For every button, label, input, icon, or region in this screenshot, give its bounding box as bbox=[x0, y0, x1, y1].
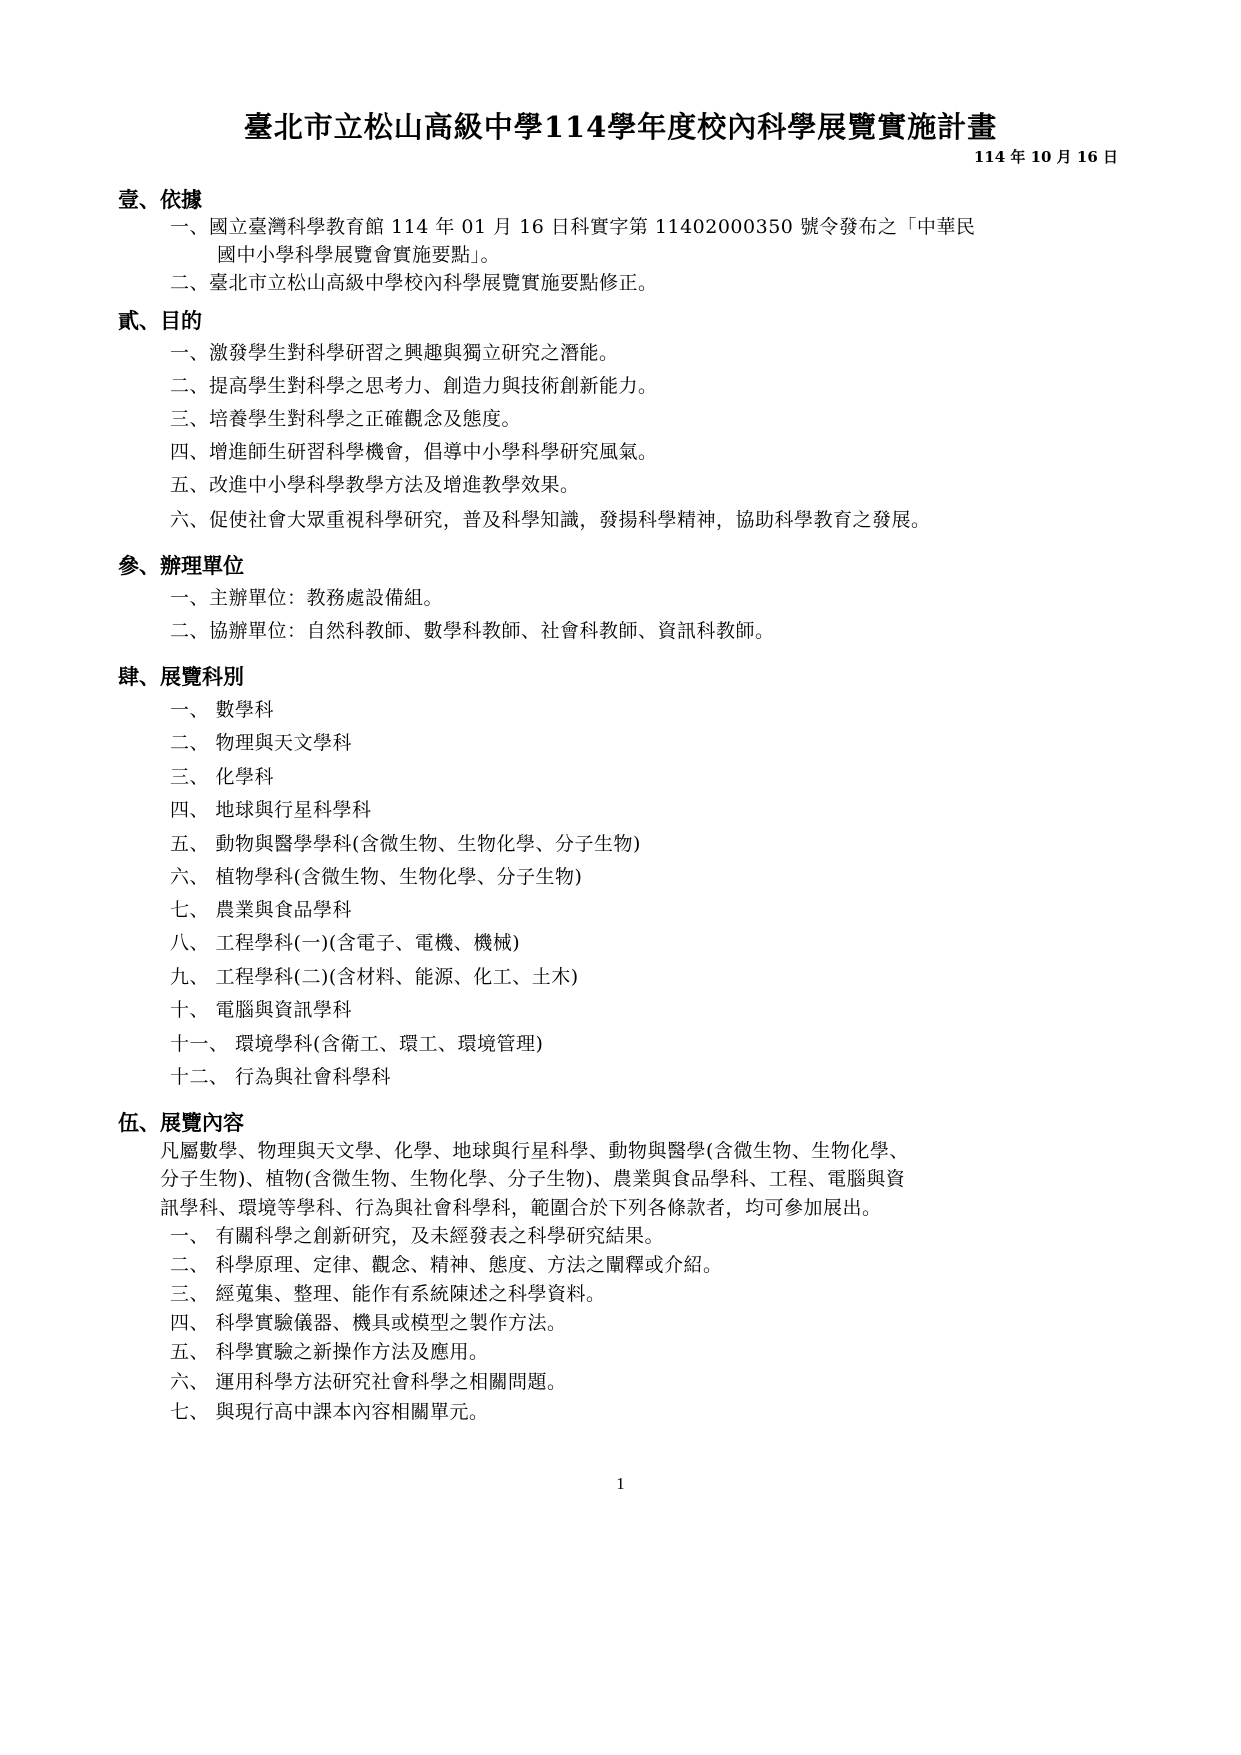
category-item-6: 六、 植物學科(含微生物、生物化學、分子生物) bbox=[170, 868, 582, 887]
purpose-item-3: 三、培養學生對科學之正確觀念及態度。 bbox=[170, 410, 521, 429]
basis-item-2: 二、臺北市立松山高級中學校內科學展覽實施要點修正。 bbox=[170, 274, 658, 293]
basis-item-1-cont: 國中小學科學展覽會實施要點」。 bbox=[217, 246, 500, 265]
purpose-item-6: 六、促使社會大眾重視科學研究，普及科學知識，發揚科學精神，協助科學教育之發展。 bbox=[170, 511, 931, 530]
category-item-7: 七、 農業與食品學科 bbox=[170, 901, 352, 920]
category-item-10: 十、 電腦與資訊學科 bbox=[170, 1001, 352, 1020]
category-item-11: 十一、 環境學科(含衛工、環工、環境管理) bbox=[170, 1035, 543, 1054]
category-item-9: 九、 工程學科(二)(含材料、能源、化工、土木) bbox=[170, 968, 579, 987]
category-item-5: 五、 動物與醫學學科(含微生物、生物化學、分子生物) bbox=[170, 835, 641, 854]
basis-item-1: 一、國立臺灣科學教育館 114 年 01 月 16 日科實字第 11402000… bbox=[170, 218, 975, 237]
organizers-item-2: 二、協辦單位：自然科教師、數學科教師、社會科教師、資訊科教師。 bbox=[170, 622, 775, 641]
organizers-item-1: 一、主辦單位：教務處設備組。 bbox=[170, 589, 443, 608]
content-item-6: 六、 運用科學方法研究社會科學之相關問題。 bbox=[170, 1373, 567, 1392]
document-title: 臺北市立松山高級中學114學年度校內科學展覽實施計畫 bbox=[0, 113, 1241, 142]
purpose-item-2: 二、提高學生對科學之思考力、創造力與技術創新能力。 bbox=[170, 377, 658, 396]
content-item-5: 五、 科學實驗之新操作方法及應用。 bbox=[170, 1343, 489, 1362]
section-heading-content: 伍、展覽內容 bbox=[118, 1112, 244, 1133]
section-heading-categories: 肆、展覽科別 bbox=[118, 666, 244, 687]
category-item-4: 四、 地球與行星科學科 bbox=[170, 801, 372, 820]
page-number: 1 bbox=[0, 1475, 1241, 1492]
content-item-3: 三、 經蒐集、整理、能作有系統陳述之科學資料。 bbox=[170, 1285, 606, 1304]
content-paragraph-line-1: 凡屬數學、物理與天文學、化學、地球與行星科學、動物與醫學(含微生物、生物化學、 bbox=[160, 1142, 909, 1161]
content-paragraph-line-2: 分子生物)、植物(含微生物、生物化學、分子生物)、農業與食品學科、工程、電腦與資 bbox=[160, 1170, 905, 1189]
category-item-1: 一、 數學科 bbox=[170, 701, 274, 720]
content-item-1: 一、 有關科學之創新研究，及未經發表之科學研究結果。 bbox=[170, 1227, 664, 1246]
purpose-item-4: 四、增進師生研習科學機會，倡導中小學科學研究風氣。 bbox=[170, 443, 658, 462]
purpose-item-5: 五、改進中小學科學教學方法及增進教學效果。 bbox=[170, 476, 580, 495]
section-heading-purpose: 貳、目的 bbox=[118, 310, 202, 331]
document-date: 114 年 10 月 16 日 bbox=[974, 150, 1118, 165]
category-item-3: 三、 化學科 bbox=[170, 768, 274, 787]
category-item-8: 八、 工程學科(一)(含電子、電機、機械) bbox=[170, 934, 520, 953]
content-paragraph-line-3: 訊學科、環境等學科、行為與社會科學科，範圍合於下列各條款者，均可參加展出。 bbox=[160, 1199, 882, 1218]
section-heading-organizers: 參、辦理單位 bbox=[118, 555, 244, 576]
category-item-12: 十二、 行為與社會科學科 bbox=[170, 1068, 391, 1087]
category-item-2: 二、 物理與天文學科 bbox=[170, 734, 352, 753]
section-heading-basis: 壹、依據 bbox=[118, 189, 202, 210]
purpose-item-1: 一、激發學生對科學研習之興趣與獨立研究之潛能。 bbox=[170, 344, 619, 363]
content-item-2: 二、 科學原理、定律、觀念、精神、態度、方法之闡釋或介紹。 bbox=[170, 1256, 723, 1275]
content-item-4: 四、 科學實驗儀器、機具或模型之製作方法。 bbox=[170, 1314, 567, 1333]
content-item-7: 七、 與現行高中課本內容相關單元。 bbox=[170, 1403, 489, 1422]
